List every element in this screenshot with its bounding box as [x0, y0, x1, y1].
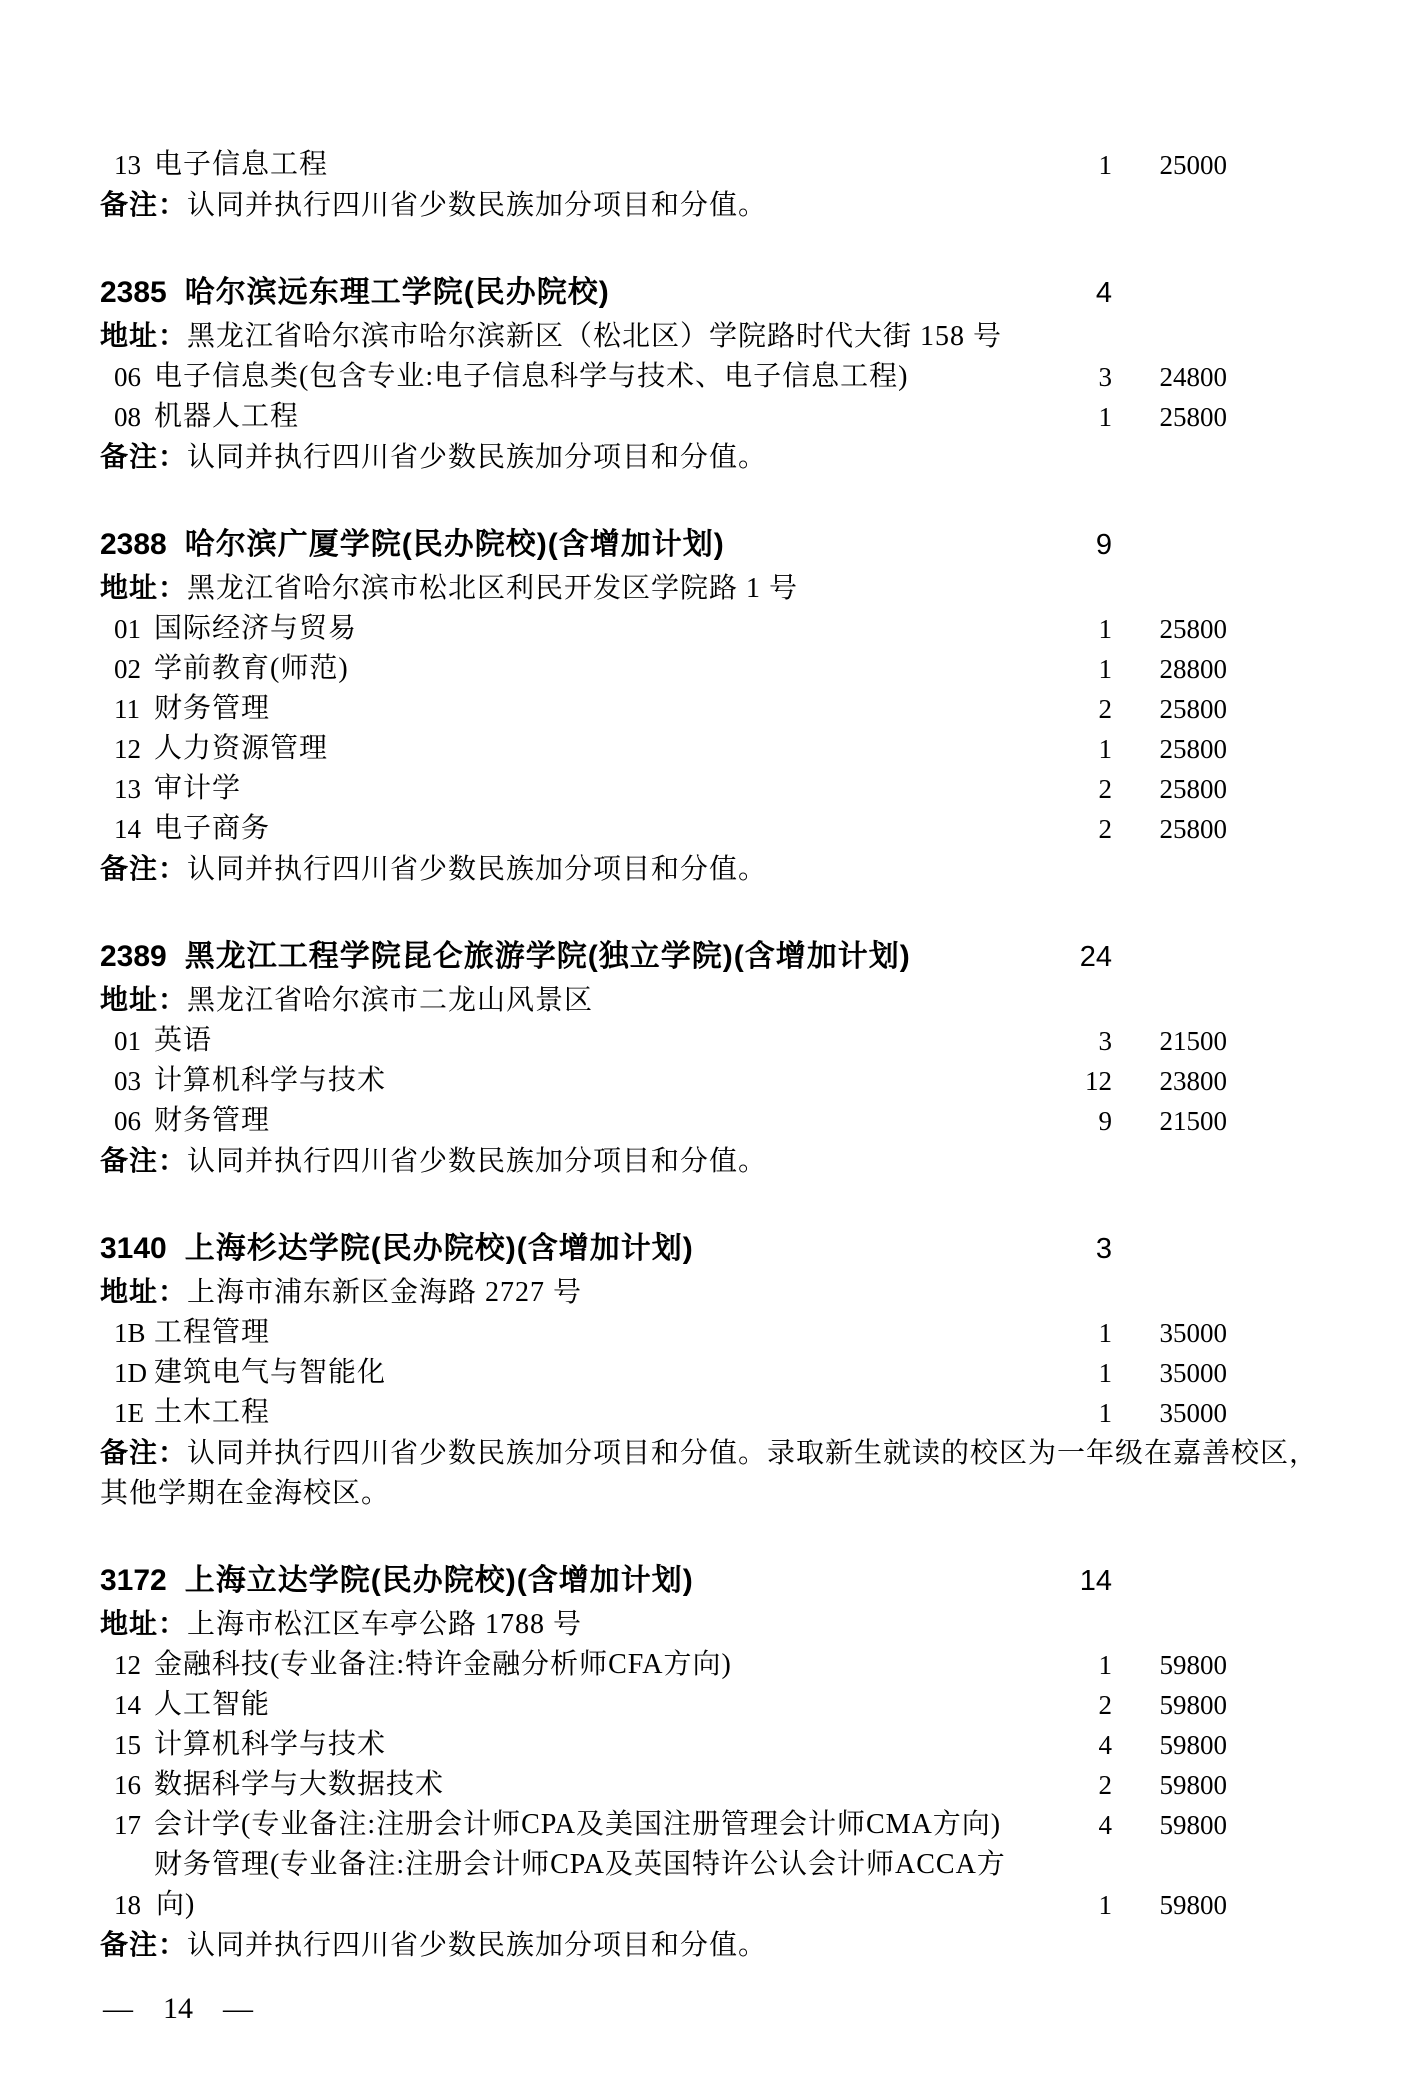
tuition-fee: 59800 — [1112, 1725, 1227, 1765]
major-code: 06 — [114, 357, 154, 397]
major-name: 财务管理 — [154, 689, 1042, 729]
major-name-line1: 人工智能 — [154, 1689, 270, 1720]
address-label: 地址： — [100, 572, 187, 603]
remark-line: 备注：认同并执行四川省少数民族加分项目和分值。录取新生就读的校区为一年级在嘉善校… — [100, 1433, 1400, 1474]
major-row: 1B 工程管理 1 35000 — [100, 1313, 1400, 1353]
school-total-count: 24 — [1042, 934, 1112, 980]
major-name: 建筑电气与智能化 — [154, 1353, 1042, 1393]
major-row: 06 电子信息类(包含专业:电子信息科学与技术、电子信息工程) 3 24800 — [100, 357, 1400, 397]
school-header: 2385 哈尔滨远东理工学院(民办院校) 4 — [100, 270, 1400, 316]
remark-text: 认同并执行四川省少数民族加分项目和分值。 — [187, 854, 767, 885]
address-line: 地址：黑龙江省哈尔滨市二龙山风景区 — [100, 980, 1400, 1021]
major-row: 01 英语 3 21500 — [100, 1021, 1400, 1061]
major-name-line1: 财务管理 — [154, 693, 270, 724]
address-line: 地址：上海市松江区车亭公路 1788 号 — [100, 1604, 1400, 1645]
tuition-fee: 25800 — [1112, 609, 1227, 649]
school-section: 3140 上海杉达学院(民办院校)(含增加计划) 3 地址：上海市浦东新区金海路… — [100, 1226, 1400, 1514]
tuition-fee: 21500 — [1112, 1101, 1227, 1141]
major-row: 16 数据科学与大数据技术 2 59800 — [100, 1765, 1400, 1805]
school-name: 哈尔滨广厦学院(民办院校)(含增加计划) — [185, 522, 1042, 568]
plan-count: 1 — [1042, 1645, 1112, 1685]
remark-label: 备注： — [100, 441, 187, 472]
major-row: 17 会计学(专业备注:注册会计师CPA及美国注册管理会计师CMA方向) 4 5… — [100, 1805, 1400, 1845]
major-name-line1: 财务管理(专业备注:注册会计师CPA及英国特许公认会计师ACCA方 — [154, 1849, 1006, 1880]
address-text: 黑龙江省哈尔滨市松北区利民开发区学院路 1 号 — [187, 573, 798, 604]
school-total-count: 9 — [1042, 522, 1112, 568]
major-name-line1: 土木工程 — [154, 1397, 270, 1428]
major-row: 11 财务管理 2 25800 — [100, 689, 1400, 729]
major-code: 11 — [114, 689, 154, 729]
major-row: 15 计算机科学与技术 4 59800 — [100, 1725, 1400, 1765]
major-name: 学前教育(师范) — [154, 649, 1042, 689]
tuition-fee: 25800 — [1112, 729, 1227, 769]
school-name: 上海立达学院(民办院校)(含增加计划) — [185, 1558, 1042, 1604]
major-name-line1: 工程管理 — [154, 1317, 270, 1348]
plan-count: 1 — [1042, 1353, 1112, 1393]
remark-line: 备注：认同并执行四川省少数民族加分项目和分值。 — [100, 1925, 1400, 1966]
major-row: 14 人工智能 2 59800 — [100, 1685, 1400, 1725]
plan-count: 3 — [1042, 357, 1112, 397]
plan-count: 1 — [1042, 1313, 1112, 1353]
major-code: 14 — [114, 809, 154, 849]
major-row: 13 审计学 2 25800 — [100, 769, 1400, 809]
address-text: 上海市松江区车亭公路 1788 号 — [187, 1609, 582, 1640]
major-name-line1: 会计学(专业备注:注册会计师CPA及美国注册管理会计师CMA方向) — [154, 1809, 1001, 1840]
major-code: 1B — [114, 1313, 154, 1353]
address-line: 地址：黑龙江省哈尔滨市哈尔滨新区（松北区）学院路时代大街 158 号 — [100, 316, 1400, 357]
school-name: 上海杉达学院(民办院校)(含增加计划) — [185, 1226, 1042, 1272]
major-name: 审计学 — [154, 769, 1042, 809]
footer-dash-right: — — [223, 1992, 253, 2026]
major-name-line1: 金融科技(专业备注:特许金融分析师CFA方向) — [154, 1649, 732, 1680]
tuition-fee: 59800 — [1112, 1645, 1227, 1685]
school-header: 3140 上海杉达学院(民办院校)(含增加计划) 3 — [100, 1226, 1400, 1272]
admission-plan-list: 13 电子信息工程 1 25000 备注：认同并执行四川省少数民族加分项目和分值… — [100, 145, 1400, 1966]
tuition-fee: 23800 — [1112, 1061, 1227, 1101]
plan-count: 1 — [1042, 649, 1112, 689]
tuition-fee: 35000 — [1112, 1313, 1227, 1353]
major-code: 18 — [114, 1885, 154, 1925]
major-name-line1: 电子信息工程 — [154, 149, 328, 180]
address-text: 上海市浦东新区金海路 2727 号 — [187, 1277, 582, 1308]
major-row: 18 财务管理(专业备注:注册会计师CPA及英国特许公认会计师ACCA方向) 1… — [100, 1845, 1400, 1925]
tuition-fee: 25800 — [1112, 397, 1227, 437]
major-name: 土木工程 — [154, 1393, 1042, 1433]
major-code: 13 — [114, 145, 154, 185]
major-row: 02 学前教育(师范) 1 28800 — [100, 649, 1400, 689]
tuition-fee: 21500 — [1112, 1021, 1227, 1061]
address-line: 地址：黑龙江省哈尔滨市松北区利民开发区学院路 1 号 — [100, 568, 1400, 609]
school-code: 2389 — [100, 934, 167, 980]
major-code: 02 — [114, 649, 154, 689]
major-row: 12 人力资源管理 1 25800 — [100, 729, 1400, 769]
major-name: 电子信息类(包含专业:电子信息科学与技术、电子信息工程) — [154, 357, 1042, 397]
major-row: 12 金融科技(专业备注:特许金融分析师CFA方向) 1 59800 — [100, 1645, 1400, 1685]
major-code: 03 — [114, 1061, 154, 1101]
school-code: 3172 — [100, 1558, 167, 1604]
major-code: 08 — [114, 397, 154, 437]
tuition-fee: 35000 — [1112, 1353, 1227, 1393]
plan-count: 1 — [1042, 1393, 1112, 1433]
major-row: 14 电子商务 2 25800 — [100, 809, 1400, 849]
remark-line: 备注：认同并执行四川省少数民族加分项目和分值。 — [100, 437, 1400, 478]
plan-count: 3 — [1042, 1021, 1112, 1061]
footer-dash-left: — — [103, 1992, 133, 2026]
address-text: 黑龙江省哈尔滨市二龙山风景区 — [187, 985, 593, 1016]
school-code: 2385 — [100, 270, 167, 316]
address-label: 地址： — [100, 984, 187, 1015]
tuition-fee: 59800 — [1112, 1765, 1227, 1805]
tuition-fee: 59800 — [1112, 1685, 1227, 1725]
major-name: 机器人工程 — [154, 397, 1042, 437]
remark-line: 备注：认同并执行四川省少数民族加分项目和分值。 — [100, 185, 1400, 226]
school-total-count: 3 — [1042, 1226, 1112, 1272]
school-code: 2388 — [100, 522, 167, 568]
plan-count: 1 — [1042, 609, 1112, 649]
remark-label: 备注： — [100, 1437, 187, 1468]
major-code: 17 — [114, 1805, 154, 1845]
major-name-line1: 审计学 — [154, 773, 241, 804]
remark-continuation: 其他学期在金海校区。 — [100, 1474, 1400, 1514]
major-code: 1D — [114, 1353, 154, 1393]
remark-text: 认同并执行四川省少数民族加分项目和分值。 — [187, 1146, 767, 1177]
major-name: 英语 — [154, 1021, 1042, 1061]
document-page: 13 电子信息工程 1 25000 备注：认同并执行四川省少数民族加分项目和分值… — [0, 0, 1419, 2088]
plan-count: 2 — [1042, 1765, 1112, 1805]
tuition-fee: 35000 — [1112, 1393, 1227, 1433]
major-name-line1: 财务管理 — [154, 1105, 270, 1136]
major-name-line1: 机器人工程 — [154, 401, 299, 432]
major-name: 电子信息工程 — [154, 145, 1042, 185]
major-code: 01 — [114, 1021, 154, 1061]
major-name: 财务管理 — [154, 1101, 1042, 1141]
major-name: 会计学(专业备注:注册会计师CPA及美国注册管理会计师CMA方向) — [154, 1805, 1042, 1845]
plan-count: 9 — [1042, 1101, 1112, 1141]
school-section: 2388 哈尔滨广厦学院(民办院校)(含增加计划) 9 地址：黑龙江省哈尔滨市松… — [100, 522, 1400, 890]
tuition-fee: 24800 — [1112, 357, 1227, 397]
plan-count: 4 — [1042, 1725, 1112, 1765]
major-rows: 01 国际经济与贸易 1 25800 02 学前教育(师范) 1 28800 1… — [100, 609, 1400, 849]
remark-label: 备注： — [100, 189, 187, 220]
page-number: 14 — [163, 1992, 193, 2026]
address-label: 地址： — [100, 1608, 187, 1639]
remark-label: 备注： — [100, 853, 187, 884]
major-code: 1E — [114, 1393, 154, 1433]
major-name-line1: 数据科学与大数据技术 — [154, 1769, 444, 1800]
leading-section: 13 电子信息工程 1 25000 备注：认同并执行四川省少数民族加分项目和分值… — [100, 145, 1400, 226]
remark-text: 认同并执行四川省少数民族加分项目和分值。 — [187, 190, 767, 221]
remark-label: 备注： — [100, 1929, 187, 1960]
tuition-fee: 25000 — [1112, 145, 1227, 185]
remark-text: 认同并执行四川省少数民族加分项目和分值。 — [187, 1930, 767, 1961]
plan-count: 4 — [1042, 1805, 1112, 1845]
remark-line: 备注：认同并执行四川省少数民族加分项目和分值。 — [100, 849, 1400, 890]
major-row: 13 电子信息工程 1 25000 — [100, 145, 1400, 185]
plan-count: 2 — [1042, 1685, 1112, 1725]
major-code: 14 — [114, 1685, 154, 1725]
school-header: 3172 上海立达学院(民办院校)(含增加计划) 14 — [100, 1558, 1400, 1604]
major-rows: 12 金融科技(专业备注:特许金融分析师CFA方向) 1 59800 14 人工… — [100, 1645, 1400, 1925]
school-name: 哈尔滨远东理工学院(民办院校) — [185, 270, 1042, 316]
remark-label: 备注： — [100, 1145, 187, 1176]
major-name: 计算机科学与技术 — [154, 1061, 1042, 1101]
major-name: 人力资源管理 — [154, 729, 1042, 769]
tuition-fee: 59800 — [1112, 1885, 1227, 1925]
major-name: 金融科技(专业备注:特许金融分析师CFA方向) — [154, 1645, 1042, 1685]
address-label: 地址： — [100, 1276, 187, 1307]
major-rows: 06 电子信息类(包含专业:电子信息科学与技术、电子信息工程) 3 24800 … — [100, 357, 1400, 437]
major-name-line1: 人力资源管理 — [154, 733, 328, 764]
major-row: 01 国际经济与贸易 1 25800 — [100, 609, 1400, 649]
major-name-line2: 向) — [154, 1885, 1042, 1925]
tuition-fee: 59800 — [1112, 1805, 1227, 1845]
school-code: 3140 — [100, 1226, 167, 1272]
plan-count: 2 — [1042, 689, 1112, 729]
major-name: 计算机科学与技术 — [154, 1725, 1042, 1765]
major-name: 电子商务 — [154, 809, 1042, 849]
tuition-fee: 25800 — [1112, 769, 1227, 809]
tuition-fee: 25800 — [1112, 689, 1227, 729]
major-row: 1D 建筑电气与智能化 1 35000 — [100, 1353, 1400, 1393]
remark-text: 认同并执行四川省少数民族加分项目和分值。录取新生就读的校区为一年级在嘉善校区， — [187, 1438, 1318, 1469]
school-section: 2385 哈尔滨远东理工学院(民办院校) 4 地址：黑龙江省哈尔滨市哈尔滨新区（… — [100, 270, 1400, 478]
plan-count: 12 — [1042, 1061, 1112, 1101]
plan-count: 2 — [1042, 809, 1112, 849]
major-name-line1: 建筑电气与智能化 — [154, 1357, 386, 1388]
major-name: 国际经济与贸易 — [154, 609, 1042, 649]
address-text: 黑龙江省哈尔滨市哈尔滨新区（松北区）学院路时代大街 158 号 — [187, 321, 1002, 352]
address-label: 地址： — [100, 320, 187, 351]
major-code: 15 — [114, 1725, 154, 1765]
major-code: 12 — [114, 729, 154, 769]
major-name: 财务管理(专业备注:注册会计师CPA及英国特许公认会计师ACCA方向) — [154, 1845, 1042, 1925]
major-name-line1: 学前教育(师范) — [154, 653, 349, 684]
school-section: 2389 黑龙江工程学院昆仑旅游学院(独立学院)(含增加计划) 24 地址：黑龙… — [100, 934, 1400, 1182]
school-header: 2389 黑龙江工程学院昆仑旅游学院(独立学院)(含增加计划) 24 — [100, 934, 1400, 980]
plan-count: 1 — [1042, 729, 1112, 769]
major-name: 人工智能 — [154, 1685, 1042, 1725]
plan-count: 2 — [1042, 769, 1112, 809]
remark-line: 备注：认同并执行四川省少数民族加分项目和分值。 — [100, 1141, 1400, 1182]
major-name-line1: 计算机科学与技术 — [154, 1729, 386, 1760]
address-line: 地址：上海市浦东新区金海路 2727 号 — [100, 1272, 1400, 1313]
remark-text: 认同并执行四川省少数民族加分项目和分值。 — [187, 442, 767, 473]
tuition-fee: 28800 — [1112, 649, 1227, 689]
plan-count: 1 — [1042, 145, 1112, 185]
major-row: 1E 土木工程 1 35000 — [100, 1393, 1400, 1433]
major-code: 06 — [114, 1101, 154, 1141]
school-name: 黑龙江工程学院昆仑旅游学院(独立学院)(含增加计划) — [185, 934, 1042, 980]
school-total-count: 14 — [1042, 1558, 1112, 1604]
major-row: 08 机器人工程 1 25800 — [100, 397, 1400, 437]
major-name-line1: 国际经济与贸易 — [154, 613, 357, 644]
plan-count: 1 — [1042, 397, 1112, 437]
major-code: 16 — [114, 1765, 154, 1805]
major-name-line1: 电子信息类(包含专业:电子信息科学与技术、电子信息工程) — [154, 361, 908, 392]
school-sections-container: 2385 哈尔滨远东理工学院(民办院校) 4 地址：黑龙江省哈尔滨市哈尔滨新区（… — [100, 270, 1400, 1966]
major-name-line1: 计算机科学与技术 — [154, 1065, 386, 1096]
school-section: 3172 上海立达学院(民办院校)(含增加计划) 14 地址：上海市松江区车亭公… — [100, 1558, 1400, 1966]
major-rows: 1B 工程管理 1 35000 1D 建筑电气与智能化 1 35000 1E 土… — [100, 1313, 1400, 1433]
school-header: 2388 哈尔滨广厦学院(民办院校)(含增加计划) 9 — [100, 522, 1400, 568]
major-name-line1: 电子商务 — [154, 813, 270, 844]
major-code: 12 — [114, 1645, 154, 1685]
major-row: 03 计算机科学与技术 12 23800 — [100, 1061, 1400, 1101]
major-name-line1: 英语 — [154, 1025, 212, 1056]
major-rows: 01 英语 3 21500 03 计算机科学与技术 12 23800 06 财务… — [100, 1021, 1400, 1141]
page-footer: — 14 — — [103, 1992, 253, 2026]
major-code: 13 — [114, 769, 154, 809]
major-code: 01 — [114, 609, 154, 649]
major-name: 数据科学与大数据技术 — [154, 1765, 1042, 1805]
plan-count: 1 — [1042, 1885, 1112, 1925]
major-row: 06 财务管理 9 21500 — [100, 1101, 1400, 1141]
major-name: 工程管理 — [154, 1313, 1042, 1353]
school-total-count: 4 — [1042, 270, 1112, 316]
tuition-fee: 25800 — [1112, 809, 1227, 849]
